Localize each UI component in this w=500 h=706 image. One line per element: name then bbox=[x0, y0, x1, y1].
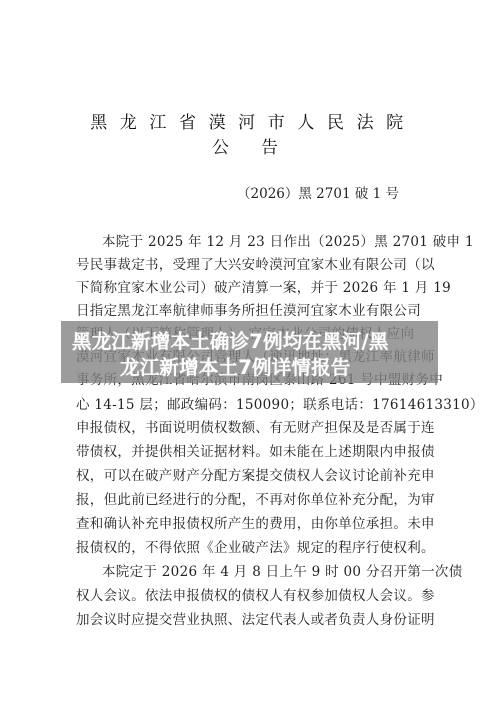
body-line: 加会议时应提交营业执照、法定代表人或者负责人身份证明 bbox=[76, 608, 435, 628]
body-line: 下简称宜家木业公司）破产清算一案，并于 2026 年 1 月 19 bbox=[76, 276, 451, 296]
headline-line-1: 黑龙江新增本土确诊7例均在黑河/黑 bbox=[72, 326, 389, 354]
body-line: 本院定于 2026 年 4 月 8 日上午 9 时 00 分召开第一次债 bbox=[102, 560, 463, 580]
body-line: 日指定黑龙江率航律师事务所担任漠河宜家木业有限公司 bbox=[76, 299, 421, 319]
notice-title: 公告 bbox=[0, 133, 500, 158]
court-name-heading: 黑龙江省漠河市人民法院 bbox=[0, 108, 500, 133]
headline-line-2: 龙江新增本土7例详情报告 bbox=[120, 352, 350, 380]
body-line: 申报债权，书面说明债权数额、有无财产担保及是否属于连 bbox=[76, 416, 435, 436]
body-line: 查和确认补充申报债权所产生的费用，由你单位承担。未申 bbox=[76, 512, 435, 532]
court-notice-document: 黑龙江省漠河市人民法院 公告 （2026）黑 2701 破 1 号 本院于 20… bbox=[0, 0, 500, 706]
body-line: 权，可以在破产财产分配方案提交债权人会议讨论前补充申 bbox=[76, 464, 435, 484]
body-line: 心 14-15 层；邮政编码：150090；联系电话：17614613310） bbox=[76, 393, 484, 413]
body-line: 权人会议。依法申报债权的债权人有权参加债权人会议。参 bbox=[76, 584, 435, 604]
body-line: 号民事裁定书，受理了大兴安岭漠河宜家木业有限公司（以 bbox=[76, 253, 435, 273]
body-line: 报债权的，不得依照《企业破产法》规定的程序行使权利。 bbox=[76, 536, 435, 556]
body-line: 本院于 2025 年 12 月 23 日作出（2025）黑 2701 破申 1 bbox=[102, 230, 474, 250]
body-line: 报，但此前已经进行的分配，不再对你单位补充分配，为审 bbox=[76, 488, 435, 508]
body-line: 带债权，并提供相关证据材料。如未能在上述期限内申报债 bbox=[76, 440, 435, 460]
case-number: （2026）黑 2701 破 1 号 bbox=[237, 182, 399, 202]
